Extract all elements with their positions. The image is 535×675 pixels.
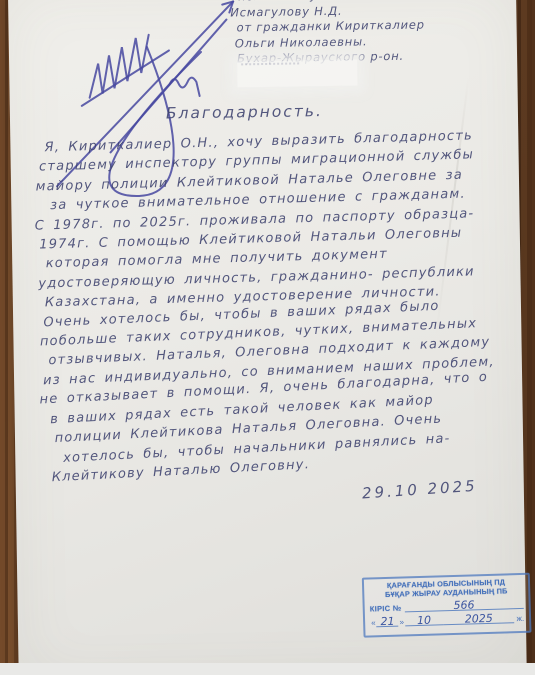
stamp-date-month: 10: [417, 614, 431, 627]
stamp-date-day: 21: [380, 615, 394, 628]
letter-paper: полковнику полиции Исмагулову Н.Д. от гр…: [8, 0, 527, 663]
registration-stamp: ҚАРАҒАНДЫ ОБЛЫСЫНЫҢ ПД БҰҚАР ЖЫРАУ АУДАН…: [362, 573, 532, 638]
stamp-date-year: 2025: [465, 612, 493, 626]
stamp-entry-number: 566: [453, 599, 474, 613]
photo-of-letter: полковнику полиции Исмагулову Н.Д. от гр…: [0, 0, 535, 675]
photo-bottom-edge: [0, 663, 535, 675]
stamp-date-suffix: ж.: [514, 614, 524, 623]
wooden-table-background: полковнику полиции Исмагулову Н.Д. от гр…: [0, 0, 535, 663]
letter-title: Благодарность.: [166, 102, 323, 122]
stamp-entry-row: КІРІС № 566: [370, 598, 524, 614]
stamp-entry-label: КІРІС №: [370, 604, 405, 614]
addressee-block: полковнику полиции Исмагулову Н.Д. от гр…: [238, 0, 469, 67]
stamp-date-row: « 21 » 10 2025 ж.: [370, 612, 524, 628]
letter-body: Я, Кириткалиер О.Н., хочу выразить благо…: [32, 125, 520, 488]
letter-date: 29.10 2025: [361, 477, 478, 503]
